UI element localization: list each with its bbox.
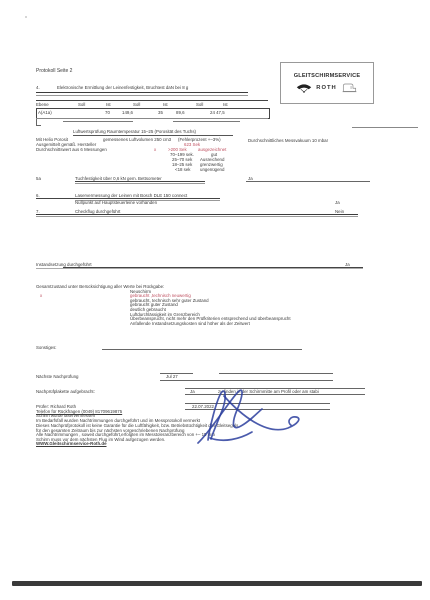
section6-result: Ja [335,201,340,205]
sticker-label: Nachprüfplakette aufgebracht: [36,390,95,394]
divider [75,181,205,182]
section4-title: Elektronische Ermittlung der Leinenfesti… [57,86,188,90]
average-label: Durchschnittswert aus 6 Messungen [36,148,107,152]
table-header: Soll [78,103,85,107]
website-url: WWW.Gleitschirmservice-Roth.de [36,442,107,446]
table-header: Ist [223,103,228,107]
divider [36,95,248,96]
table-cell: 70 [105,111,110,115]
section4-number: 4. [36,86,40,90]
table-cell: 35 [158,111,163,115]
divider [75,183,205,184]
table-cell: 24 47,5 [210,111,225,115]
next-check-label: Nächste Nachprüfung [36,375,78,379]
scan-artifact [25,16,27,18]
logo-box: GLEITSCHIRMSERVICE ROTH [280,62,374,104]
bracket-mark [36,125,41,126]
table-cell: 89,6 [176,111,185,115]
logo-subtitle: ROTH [316,85,336,91]
divider [63,121,133,122]
paraglider-icon [296,83,312,93]
condition-mark: x [40,294,42,298]
table-header: Ist [106,103,111,107]
table-header: Ebene [36,103,49,107]
check-mark: x [154,148,156,152]
condition-option: Anfallende Instandsetzungskosten sind hö… [130,322,250,326]
grade: ungenügend [200,168,224,172]
divider [246,181,370,182]
next-check-value: Jul 27 [166,375,178,379]
air-volume: gemessenes Luftvolumen 250 cm3 [103,138,171,142]
scanned-protocol-page: Protokoll Seite 2 GLEITSCHIRMSERVICE ROT… [0,0,430,600]
blank-line [102,349,302,350]
section5a-number: 5a [36,177,41,181]
section6-line2: Nullpunkt auf Hauptsteuerleine vorhanden [75,201,157,205]
divider [36,268,363,269]
table-bottom-border [36,118,268,119]
table-header: Soll [133,103,140,107]
divider [36,92,248,93]
scan-edge-bar [12,581,422,586]
table-top-border [36,100,268,101]
table-header: Soll [196,103,203,107]
page-title: Protokoll Seite 2 [36,69,72,74]
misc-label: Sonstiges: [36,346,57,350]
signature [182,386,312,456]
divider [160,380,333,381]
table-cell: 149,6 [122,111,133,115]
divider [36,216,358,217]
sewing-machine-icon [341,82,358,93]
divider [352,127,418,128]
divider [173,121,240,122]
table-cell-ebene: A(A1a) [38,111,52,115]
vacuum-note: Durchschnittliches Messvakuum 10 mbar [248,139,328,143]
divider [219,373,333,374]
section5-title: Luftwertsprüfung Raumtemperatur 15–25 (P… [73,130,196,134]
table-row-border [36,108,270,119]
table-header: Ist [163,103,168,107]
grade-range: <18 sek [175,168,191,172]
logo-title: GLEITSCHIRMSERVICE [294,73,361,79]
